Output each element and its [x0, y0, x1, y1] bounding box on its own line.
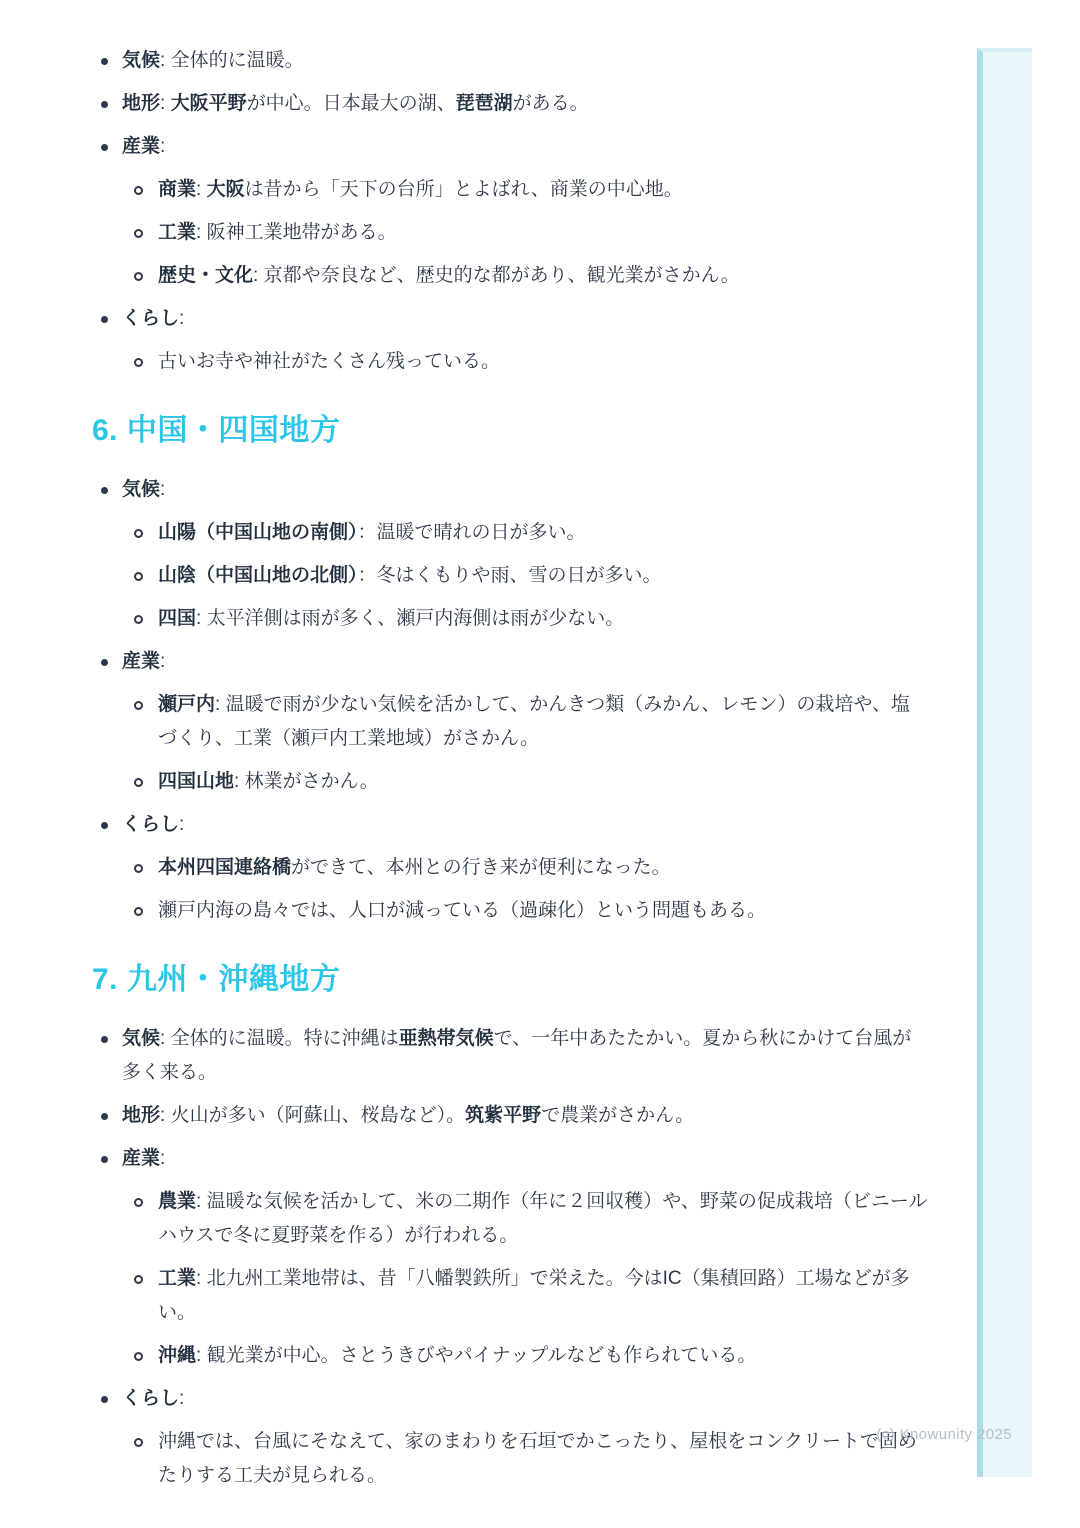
bullet-circle-icon — [132, 1425, 158, 1447]
bullet-circle-icon — [132, 1339, 158, 1361]
list-item-text: 山陰（中国山地の北側）：冬はくもりや雨、雪の日が多い。 — [158, 559, 928, 593]
sub-list-item: 山陰（中国山地の北側）：冬はくもりや雨、雪の日が多い。 — [132, 559, 928, 593]
sub-list-item: 商業: 大阪は昔から「天下の台所」とよばれ、商業の中心地。 — [132, 173, 928, 207]
list-item-text: 瀬戸内: 温暖で雨が少ない気候を活かして、かんきつ類（みかん、レモン）の栽培や、… — [158, 688, 928, 756]
list-item-text: 山陽（中国山地の南側）：温暖で晴れの日が多い。 — [158, 516, 928, 550]
list-item: くらし: — [92, 302, 928, 336]
bullet-disc-icon — [92, 87, 122, 108]
sub-list-item: 四国: 太平洋側は雨が多く、瀬戸内海側は雨が少ない。 — [132, 602, 928, 636]
sub-list-item: 沖縄では、台風にそなえて、家のまわりを石垣でかこったり、屋根をコンクリートで固め… — [132, 1425, 928, 1493]
bullet-disc-icon — [92, 1382, 122, 1403]
list-item-text: くらし: — [122, 808, 928, 842]
sub-list-item: 古いお寺や神社がたくさん残っている。 — [132, 345, 928, 379]
list-item-text: 四国山地: 林業がさかん。 — [158, 765, 928, 799]
sub-list-item: 工業: 阪神工業地帯がある。 — [132, 216, 928, 250]
list-item-text: 気候: 全体的に温暖。 — [122, 44, 928, 78]
bullet-circle-icon — [132, 765, 158, 787]
bullet-list: 気候:山陽（中国山地の南側）：温暖で晴れの日が多い。山陰（中国山地の北側）：冬は… — [92, 473, 928, 928]
notes-page: 気候: 全体的に温暖。地形: 大阪平野が中心。日本最大の湖、琵琶湖がある。産業:… — [0, 0, 1080, 1528]
list-item-text: 気候: — [122, 473, 928, 507]
list-item-text: 四国: 太平洋側は雨が多く、瀬戸内海側は雨が少ない。 — [158, 602, 928, 636]
document-content: 気候: 全体的に温暖。地形: 大阪平野が中心。日本最大の湖、琵琶湖がある。産業:… — [92, 44, 928, 1502]
bullet-disc-icon — [92, 1022, 122, 1043]
bullet-circle-icon — [132, 894, 158, 916]
bullet-disc-icon — [92, 1142, 122, 1163]
list-item-text: 農業: 温暖な気候を活かして、米の二期作（年に２回収穫）や、野菜の促成栽培（ビニ… — [158, 1185, 928, 1253]
sub-list-item: 山陽（中国山地の南側）：温暖で晴れの日が多い。 — [132, 516, 928, 550]
list-item-text: 沖縄では、台風にそなえて、家のまわりを石垣でかこったり、屋根をコンクリートで固め… — [158, 1425, 928, 1493]
list-item: 産業: — [92, 130, 928, 164]
section-heading: 7. 九州・沖縄地方 — [92, 961, 928, 998]
list-item: 産業: — [92, 1142, 928, 1176]
list-item-text: 産業: — [122, 645, 928, 679]
list-item-text: 気候: 全体的に温暖。特に沖縄は亜熱帯気候で、一年中あたたかい。夏から秋にかけて… — [122, 1022, 928, 1090]
bullet-circle-icon — [132, 559, 158, 581]
list-item: 気候: — [92, 473, 928, 507]
list-item-text: 商業: 大阪は昔から「天下の台所」とよばれ、商業の中心地。 — [158, 173, 928, 207]
bullet-circle-icon — [132, 851, 158, 873]
bullet-circle-icon — [132, 216, 158, 238]
list-item-text: 産業: — [122, 130, 928, 164]
bullet-circle-icon — [132, 1185, 158, 1207]
sub-list-item: 歴史・文化: 京都や奈良など、歴史的な都があり、観光業がさかん。 — [132, 259, 928, 293]
list-item-text: 本州四国連絡橋ができて、本州との行き来が便利になった。 — [158, 851, 928, 885]
bullet-list: 気候: 全体的に温暖。特に沖縄は亜熱帯気候で、一年中あたたかい。夏から秋にかけて… — [92, 1022, 928, 1493]
sub-list-item: 沖縄: 観光業が中心。さとうきびやパイナップルなども作られている。 — [132, 1339, 928, 1373]
list-item-text: 瀬戸内海の島々では、人口が減っている（過疎化）という問題もある。 — [158, 894, 928, 928]
list-item-text: 歴史・文化: 京都や奈良など、歴史的な都があり、観光業がさかん。 — [158, 259, 928, 293]
bullet-disc-icon — [92, 44, 122, 65]
copyright-notice: (c) Knowunity 2025 — [876, 1426, 1012, 1443]
bullet-list: 気候: 全体的に温暖。地形: 大阪平野が中心。日本最大の湖、琵琶湖がある。産業:… — [92, 44, 928, 379]
sub-list-item: 農業: 温暖な気候を活かして、米の二期作（年に２回収穫）や、野菜の促成栽培（ビニ… — [132, 1185, 928, 1253]
bullet-disc-icon — [92, 808, 122, 829]
sub-list-item: 瀬戸内海の島々では、人口が減っている（過疎化）という問題もある。 — [132, 894, 928, 928]
list-item-text: 古いお寺や神社がたくさん残っている。 — [158, 345, 928, 379]
list-item-text: 地形: 火山が多い（阿蘇山、桜島など）。筑紫平野で農業がさかん。 — [122, 1099, 928, 1133]
bullet-disc-icon — [92, 473, 122, 494]
bullet-circle-icon — [132, 516, 158, 538]
list-item-text: 地形: 大阪平野が中心。日本最大の湖、琵琶湖がある。 — [122, 87, 928, 121]
list-item-text: 産業: — [122, 1142, 928, 1176]
list-item-text: 工業: 北九州工業地帯は、昔「八幡製鉄所」で栄えた。今はIC（集積回路）工場など… — [158, 1262, 928, 1330]
side-decoration-bar — [977, 48, 1032, 1477]
bullet-disc-icon — [92, 130, 122, 151]
list-item: 気候: 全体的に温暖。特に沖縄は亜熱帯気候で、一年中あたたかい。夏から秋にかけて… — [92, 1022, 928, 1090]
sub-list-item: 四国山地: 林業がさかん。 — [132, 765, 928, 799]
section-heading: 6. 中国・四国地方 — [92, 412, 928, 449]
sub-list-item: 工業: 北九州工業地帯は、昔「八幡製鉄所」で栄えた。今はIC（集積回路）工場など… — [132, 1262, 928, 1330]
list-item-text: くらし: — [122, 1382, 928, 1416]
bullet-disc-icon — [92, 302, 122, 323]
list-item: くらし: — [92, 808, 928, 842]
list-item: 産業: — [92, 645, 928, 679]
bullet-circle-icon — [132, 259, 158, 281]
list-item: 地形: 大阪平野が中心。日本最大の湖、琵琶湖がある。 — [92, 87, 928, 121]
sub-list-item: 本州四国連絡橋ができて、本州との行き来が便利になった。 — [132, 851, 928, 885]
bullet-circle-icon — [132, 1262, 158, 1284]
sub-list-item: 瀬戸内: 温暖で雨が少ない気候を活かして、かんきつ類（みかん、レモン）の栽培や、… — [132, 688, 928, 756]
list-item: 地形: 火山が多い（阿蘇山、桜島など）。筑紫平野で農業がさかん。 — [92, 1099, 928, 1133]
bullet-circle-icon — [132, 345, 158, 367]
bullet-circle-icon — [132, 688, 158, 710]
list-item-text: 沖縄: 観光業が中心。さとうきびやパイナップルなども作られている。 — [158, 1339, 928, 1373]
list-item: 気候: 全体的に温暖。 — [92, 44, 928, 78]
bullet-disc-icon — [92, 1099, 122, 1120]
list-item-text: くらし: — [122, 302, 928, 336]
list-item-text: 工業: 阪神工業地帯がある。 — [158, 216, 928, 250]
list-item: くらし: — [92, 1382, 928, 1416]
bullet-circle-icon — [132, 602, 158, 624]
bullet-circle-icon — [132, 173, 158, 195]
bullet-disc-icon — [92, 645, 122, 666]
